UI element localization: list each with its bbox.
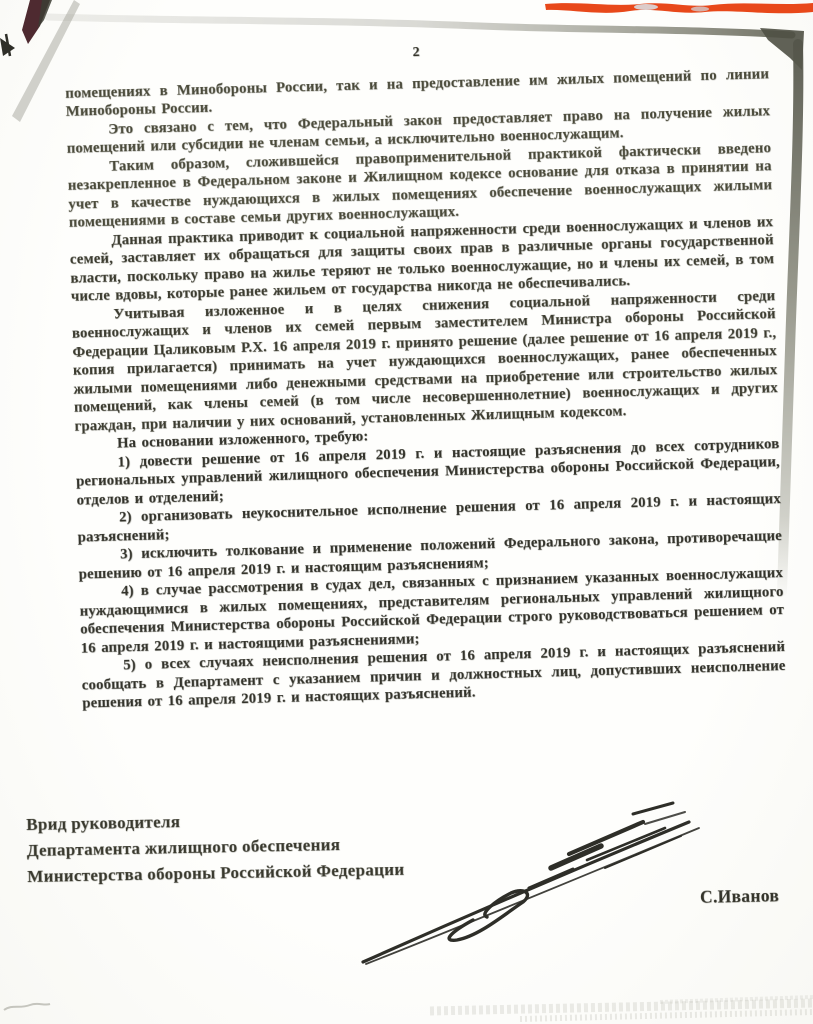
signature-title-block: Врид руководителя Департамента жилищного… bbox=[26, 803, 487, 890]
scanned-letter-page: 2 помещениях в Минобороны России, так и … bbox=[64, 34, 786, 713]
body-paragraph-5: Учитывая изложенное и в целях снижения с… bbox=[71, 287, 778, 436]
signer-name: С.Иванов bbox=[700, 885, 780, 908]
